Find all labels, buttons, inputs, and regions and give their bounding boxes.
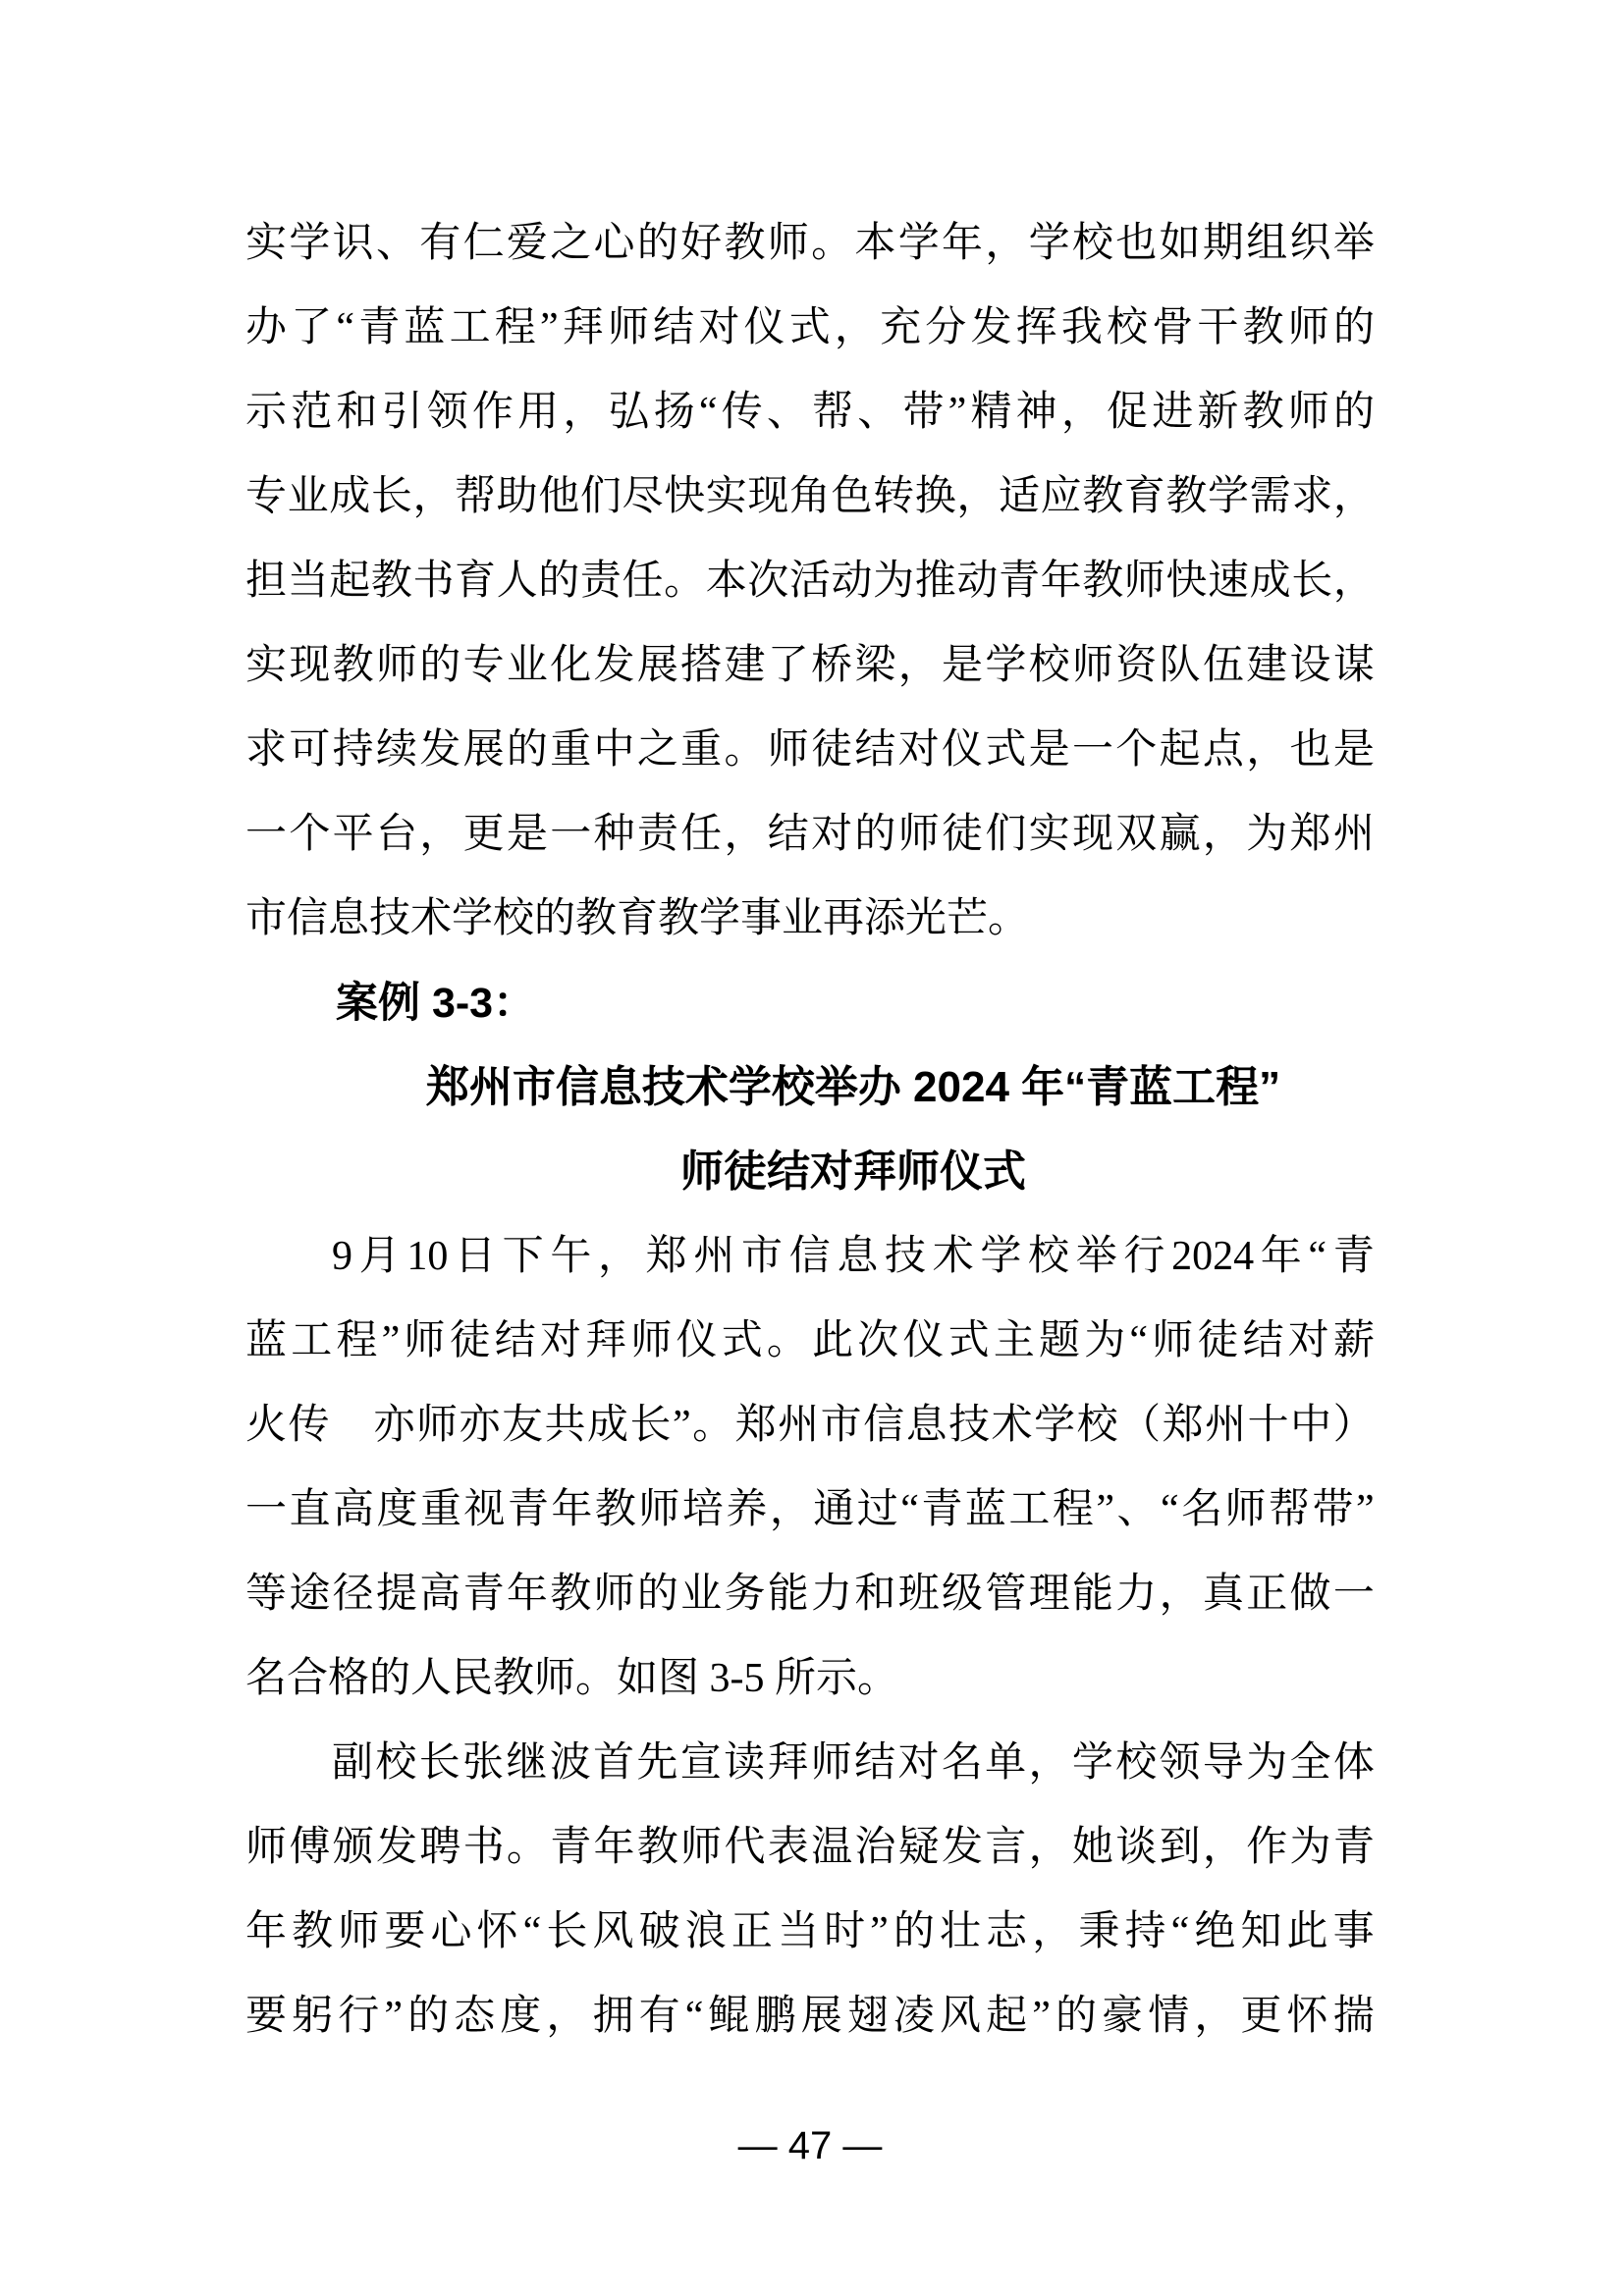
page-number: — 47 —	[738, 2124, 883, 2167]
paragraph-line: 实学识、有仁爱之心的好教师。本学年，学校也如期组织举	[245, 201, 1375, 286]
heading-line: 郑州市信息技术学校举办 2024 年“青蓝工程”	[245, 1045, 1375, 1130]
paragraph-line: 求可持续发展的重中之重。师徒结对仪式是一个起点，也是	[245, 708, 1375, 792]
paragraph-line: 一个平台，更是一种责任，结对的师徒们实现双赢，为郑州	[245, 792, 1375, 877]
document-page: 实学识、有仁爱之心的好教师。本学年，学校也如期组织举办了“青蓝工程”拜师结对仪式…	[0, 0, 1624, 2296]
paragraph-end-line: 市信息技术学校的教育教学事业再添光芒。	[245, 877, 1375, 961]
case-label: 案例 3-3：	[245, 961, 1375, 1045]
paragraph-line: 蓝工程”师徒结对拜师仪式。此次仪式主题为“师徒结对薪	[245, 1299, 1375, 1383]
paragraph-first-line: 9月10日下午，郑州市信息技术学校举行2024年“青	[245, 1214, 1375, 1299]
paragraph-line: 一直高度重视青年教师培养，通过“青蓝工程”、“名师帮带”	[245, 1468, 1375, 1552]
paragraph-line: 实现教师的专业化发展搭建了桥梁，是学校师资队伍建设谋	[245, 623, 1375, 708]
paragraph-end-line: 名合格的人民教师。如图 3-5 所示。	[245, 1636, 1375, 1721]
heading-line: 师徒结对拜师仪式	[245, 1130, 1375, 1214]
page-footer: — 47 —	[245, 2118, 1375, 2173]
paragraph-line: 办了“青蓝工程”拜师结对仪式，充分发挥我校骨干教师的	[245, 286, 1375, 370]
paragraph-line: 专业成长，帮助他们尽快实现角色转换，适应教育教学需求，	[245, 454, 1375, 539]
paragraph-line: 火传 亦师亦友共成长”。郑州市信息技术学校（郑州十中）	[245, 1383, 1375, 1468]
paragraph-first-line: 副校长张继波首先宣读拜师结对名单，学校领导为全体	[245, 1721, 1375, 1805]
paragraph-line: 要躬行”的态度，拥有“鲲鹏展翅凌风起”的豪情，更怀揣	[245, 1974, 1375, 2058]
paragraph-line: 年教师要心怀“长风破浪正当时”的壮志，秉持“绝知此事	[245, 1890, 1375, 1974]
paragraph-line: 担当起教书育人的责任。本次活动为推动青年教师快速成长，	[245, 539, 1375, 623]
text-block: 实学识、有仁爱之心的好教师。本学年，学校也如期组织举办了“青蓝工程”拜师结对仪式…	[245, 201, 1375, 2058]
paragraph-line: 师傅颁发聘书。青年教师代表温治疑发言，她谈到，作为青	[245, 1805, 1375, 1890]
paragraph-line: 等途径提高青年教师的业务能力和班级管理能力，真正做一	[245, 1552, 1375, 1636]
paragraph-line: 示范和引领作用，弘扬“传、帮、带”精神，促进新教师的	[245, 370, 1375, 454]
